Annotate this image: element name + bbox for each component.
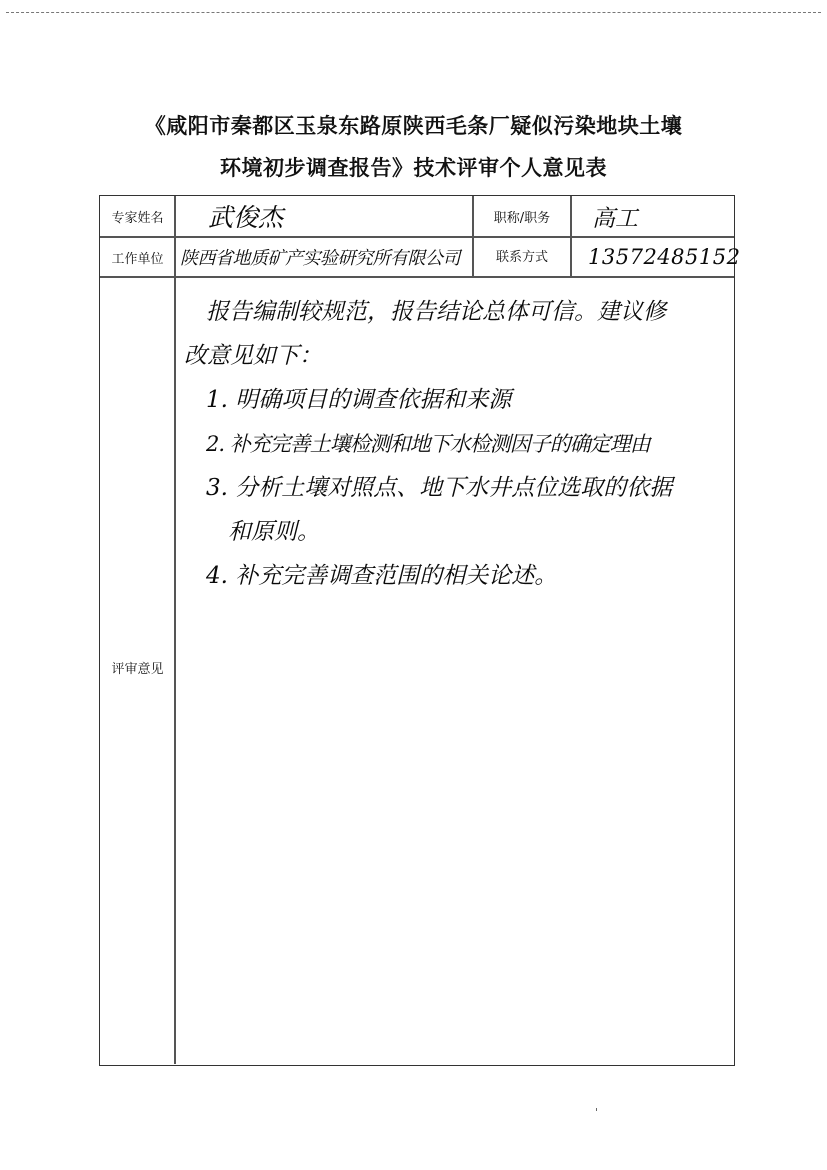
expert-name-text: 武俊杰 <box>208 198 283 234</box>
review-comments-body: 报告编制较规范，报告结论总体可信。建议修 改意见如下： 1. 明确项目的调查依据… <box>176 278 734 1065</box>
work-unit-text: 陕西省地质矿产实验研究所有限公司 <box>180 244 460 270</box>
review-comments-label-text: 评审意见 <box>111 658 163 677</box>
title-position-label: 职称/职务 <box>473 196 571 236</box>
title-position-label-text: 职称/职务 <box>494 207 550 226</box>
contact-label-text: 联系方式 <box>496 246 548 265</box>
work-unit-label-text: 工作单位 <box>111 248 163 267</box>
document-title-line-2: 环境初步调查报告》技术评审个人意见表 <box>0 152 827 182</box>
comment-line: 3. 分析土壤对照点、地下水井点位选取的依据 <box>184 466 716 510</box>
comment-line: 4. 补充完善调查范围的相关论述。 <box>184 554 716 598</box>
work-unit-label: 工作单位 <box>100 237 175 277</box>
contact-label: 联系方式 <box>473 237 571 273</box>
comment-line: 报告编制较规范，报告结论总体可信。建议修 <box>184 290 716 334</box>
review-opinion-form: 专家姓名 武俊杰 职称/职务 高工 工作单位 陕西省地质矿产实验研究所有限公司 … <box>99 195 735 1066</box>
expert-name-label: 专家姓名 <box>100 196 175 236</box>
scan-edge-line <box>6 12 821 13</box>
review-comments-label: 评审意见 <box>100 278 175 1064</box>
comment-line: 1. 明确项目的调查依据和来源 <box>184 378 716 422</box>
document-title-line-1: 《咸阳市秦都区玉泉东路原陕西毛条厂疑似污染地块土壤 <box>0 110 827 140</box>
comment-line: 2. 补充完善土壤检测和地下水检测因子的确定理由 <box>184 422 716 466</box>
scan-speck <box>596 1108 597 1111</box>
expert-name-label-text: 专家姓名 <box>111 207 163 226</box>
comment-line: 改意见如下： <box>184 334 716 378</box>
contact-value: 13572485152 <box>572 237 734 277</box>
contact-text: 13572485152 <box>588 245 740 269</box>
comment-line: 和原则。 <box>184 510 716 554</box>
expert-name-value: 武俊杰 <box>190 196 470 236</box>
title-position-value: 高工 <box>572 196 734 236</box>
work-unit-value: 陕西省地质矿产实验研究所有限公司 <box>180 237 480 277</box>
title-position-text: 高工 <box>592 200 638 233</box>
